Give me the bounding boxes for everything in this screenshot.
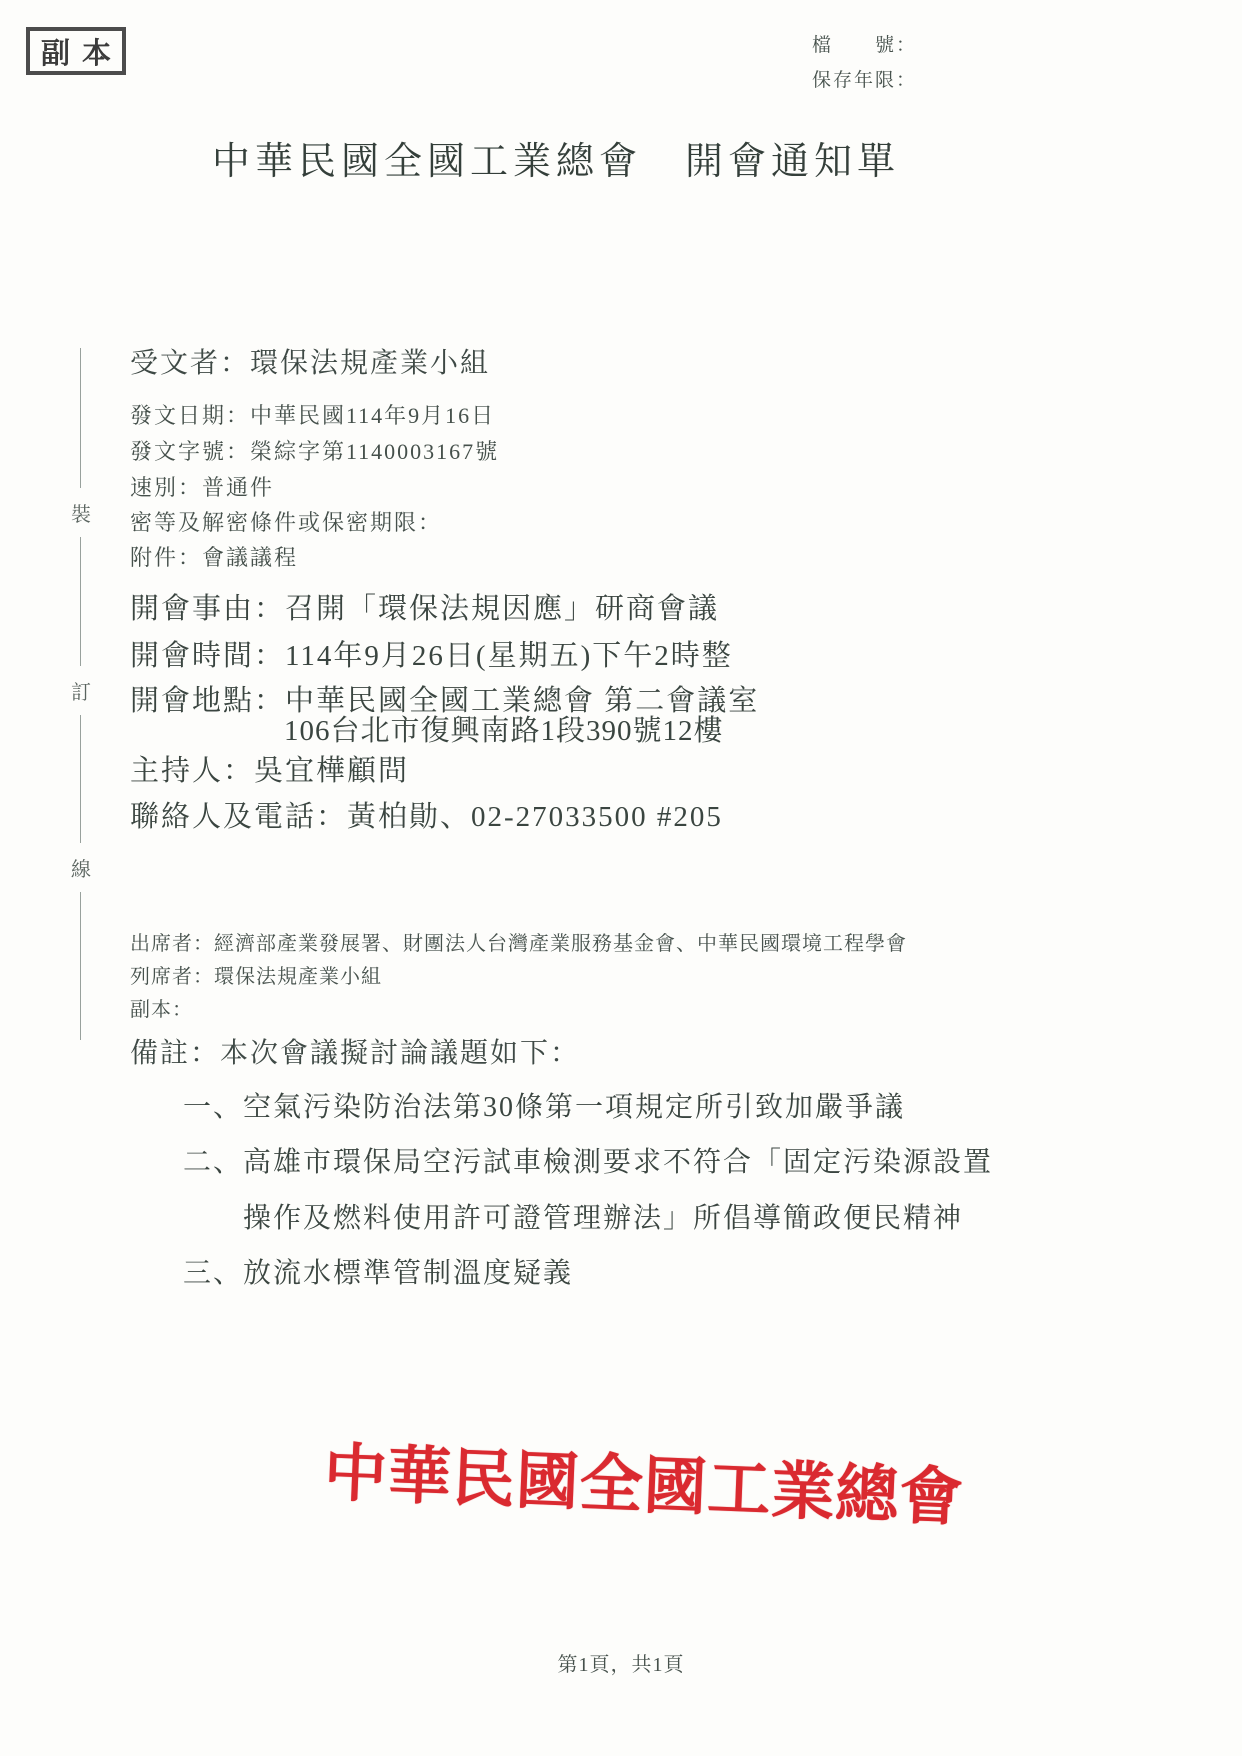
document-title: 中華民國全國工業總會 開會通知單	[0, 130, 1112, 185]
attachment-line: 附件：會議議程	[130, 541, 298, 572]
cc-line: 副本：	[130, 993, 193, 1022]
binding-mark-ding: 訂	[70, 666, 92, 715]
retention-period-label: 保存年限：	[812, 63, 917, 98]
page-number-footer: 第1頁，共1頁	[0, 1648, 1242, 1677]
meeting-subject-line: 開會事由：召開「環保法規因應」研商會議	[130, 586, 719, 627]
attendees-line: 出席者：經濟部產業發展署、財團法人台灣產業服務基金會、中華民國環境工程學會	[130, 927, 907, 956]
issue-date-line: 發文日期：中華民國114年9月16日	[130, 399, 495, 430]
binding-mark-zhuang: 裝	[70, 488, 92, 537]
organization-red-stamp: 中華民國全國工業總會	[322, 1422, 965, 1539]
speed-class-line: 速別：普通件	[130, 471, 274, 502]
contact-line: 聯絡人及電話：黃柏勛、02-27033500 #205	[130, 794, 723, 835]
chairperson-line: 主持人：吳宜樺顧問	[130, 748, 409, 789]
remarks-item-3: 三、放流水標準管制溫度疑義	[183, 1251, 573, 1291]
observers-line: 列席者：環保法規產業小組	[130, 960, 382, 989]
file-number-label: 檔 號：	[812, 28, 917, 63]
meeting-notice-document: 副本 檔 號： 保存年限： 中華民國全國工業總會 開會通知單 裝 訂 線 受文者…	[0, 0, 1242, 1756]
remarks-item-2-line2: 操作及燃料使用許可證管理辦法」所倡導簡政便民精神	[243, 1196, 963, 1236]
binding-strip: 裝 訂 線	[70, 348, 92, 1040]
security-line: 密等及解密條件或保密期限：	[130, 506, 442, 537]
copy-badge: 副本	[26, 27, 126, 75]
remarks-item-1: 一、空氣污染防治法第30條第一項規定所引致加嚴爭議	[183, 1085, 905, 1125]
meeting-time-line: 開會時間：114年9月26日(星期五)下午2時整	[130, 633, 733, 674]
copy-badge-label: 副本	[29, 31, 123, 72]
meeting-address-line: 106台北市復興南路1段390號12樓	[284, 708, 724, 749]
remarks-item-2-line1: 二、高雄市環保局空污試車檢測要求不符合「固定污染源設置	[183, 1140, 993, 1180]
archive-header: 檔 號： 保存年限：	[812, 28, 917, 98]
binding-mark-xian: 線	[70, 843, 92, 892]
remarks-header: 備註：本次會議擬討論議題如下：	[130, 1031, 580, 1071]
ref-number-line: 發文字號：榮綜字第1140003167號	[130, 435, 499, 466]
recipient-line: 受文者：環保法規產業小組	[130, 341, 490, 381]
